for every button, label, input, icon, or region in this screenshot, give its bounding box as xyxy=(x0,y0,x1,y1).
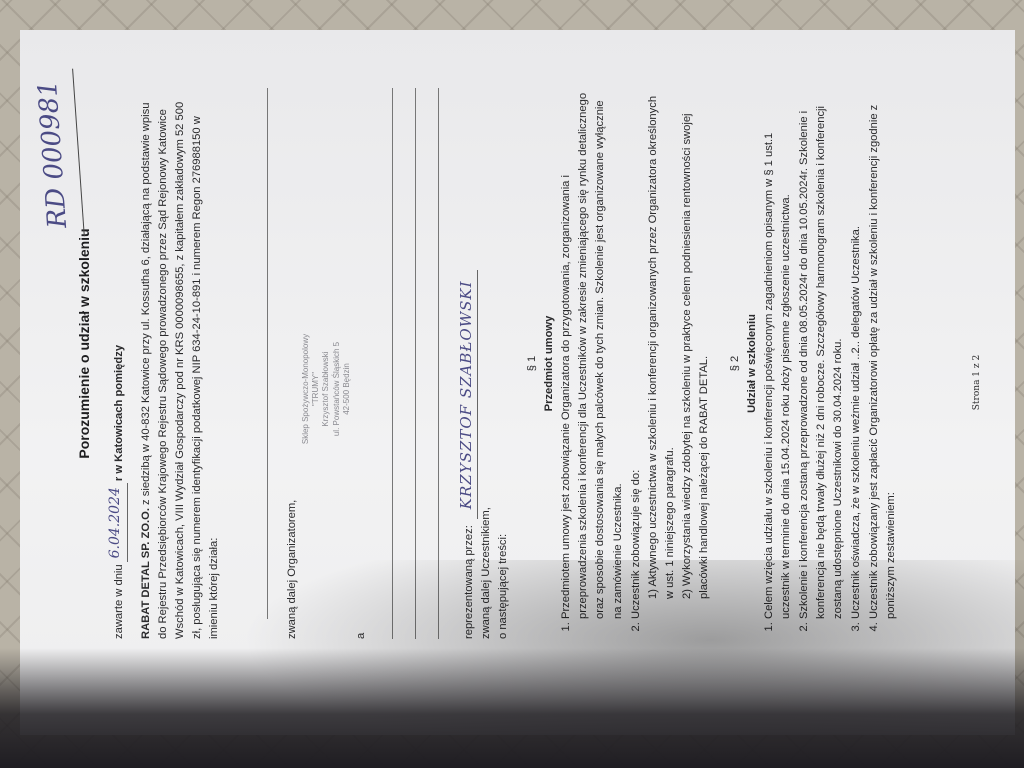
section1-number: § 1 xyxy=(524,88,541,639)
photo-frame: RD 000981 Porozumienie o udział w szkole… xyxy=(20,30,1015,735)
handwritten-representative: KRZYSZTOF SZABŁOWSKI xyxy=(455,270,479,519)
content-label: o następującej treści: xyxy=(495,88,512,639)
list-item: Uczestnik zobowiązuje się do: 1) Aktywne… xyxy=(628,88,713,619)
stamp-line: 42-500 Będzin xyxy=(342,309,352,469)
list-item: Celem wzięcia udziału w szkoleniu i konf… xyxy=(761,88,795,619)
section2-number: § 2 xyxy=(727,88,744,639)
section2-list: Celem wzięcia udziału w szkoleniu i konf… xyxy=(761,88,900,639)
participant-line-3 xyxy=(422,88,439,639)
stamp-line: Sklep Spożywczo-Monopolowy xyxy=(301,309,311,469)
section1-list: Przedmiotem umowy jest zobowiązanie Orga… xyxy=(558,88,712,639)
and-label: a xyxy=(353,88,370,639)
participant-line-1 xyxy=(376,88,393,639)
section1-heading: Przedmiot umowy xyxy=(541,88,558,639)
sub-item: 2) Wykorzystania wiedzy zdobytej na szko… xyxy=(679,88,713,619)
handwritten-date: 6.04.2024 xyxy=(105,483,127,562)
company-paragraph: RABAT DETAL SP. ZO.O. z siedzibą w 40-83… xyxy=(138,88,223,639)
list-item: Przedmiotem umowy jest zobowiązanie Orga… xyxy=(558,88,626,619)
concluded-prefix: zawarte w dniu xyxy=(111,564,128,639)
represented-line: reprezentowaną przez: KRZYSZTOF SZABŁOWS… xyxy=(455,88,479,639)
stamp-line: "TRUMY" xyxy=(311,309,321,469)
organizer-label: zwaną dalej Organizatorem, xyxy=(284,88,301,639)
stamp-line: ul. Powstańców Śląskich 5 xyxy=(332,309,342,469)
list-item-text: Uczestnik zobowiązuje się do: xyxy=(630,470,642,619)
stamp-line: Krzysztof Szabłowski xyxy=(321,309,331,469)
list-item: Uczestnik zobowiązany jest zapłacić Orga… xyxy=(866,88,900,619)
represented-label: reprezentowaną przez: xyxy=(461,525,478,639)
list-item: Szkolenie i konferencja zostaną przeprow… xyxy=(796,88,847,619)
list-item: Uczestnik oświadcza, że w szkoleniu weźm… xyxy=(848,88,865,619)
concluded-line: zawarte w dniu 6.04.2024 r w Katowicach … xyxy=(105,88,127,639)
company-stamp: Sklep Spożywczo-Monopolowy "TRUMY" Krzys… xyxy=(301,309,353,469)
participant-line-2 xyxy=(399,88,416,639)
document-page: RD 000981 Porozumienie o udział w szkole… xyxy=(20,30,1015,735)
concluded-suffix: r w Katowicach pomiędzy xyxy=(111,345,128,481)
participant-label: zwaną dalej Uczestnikiem, xyxy=(478,88,495,639)
section2-heading: Udział w szkoleniu xyxy=(744,88,761,639)
page-footer: Strona 1 z 2 xyxy=(971,30,985,735)
company-name: RABAT DETAL SP. ZO.O. xyxy=(140,508,152,639)
signature-line xyxy=(251,88,268,619)
sub-item: 1) Aktywnego uczestnictwa w szkoleniu i … xyxy=(645,88,679,619)
